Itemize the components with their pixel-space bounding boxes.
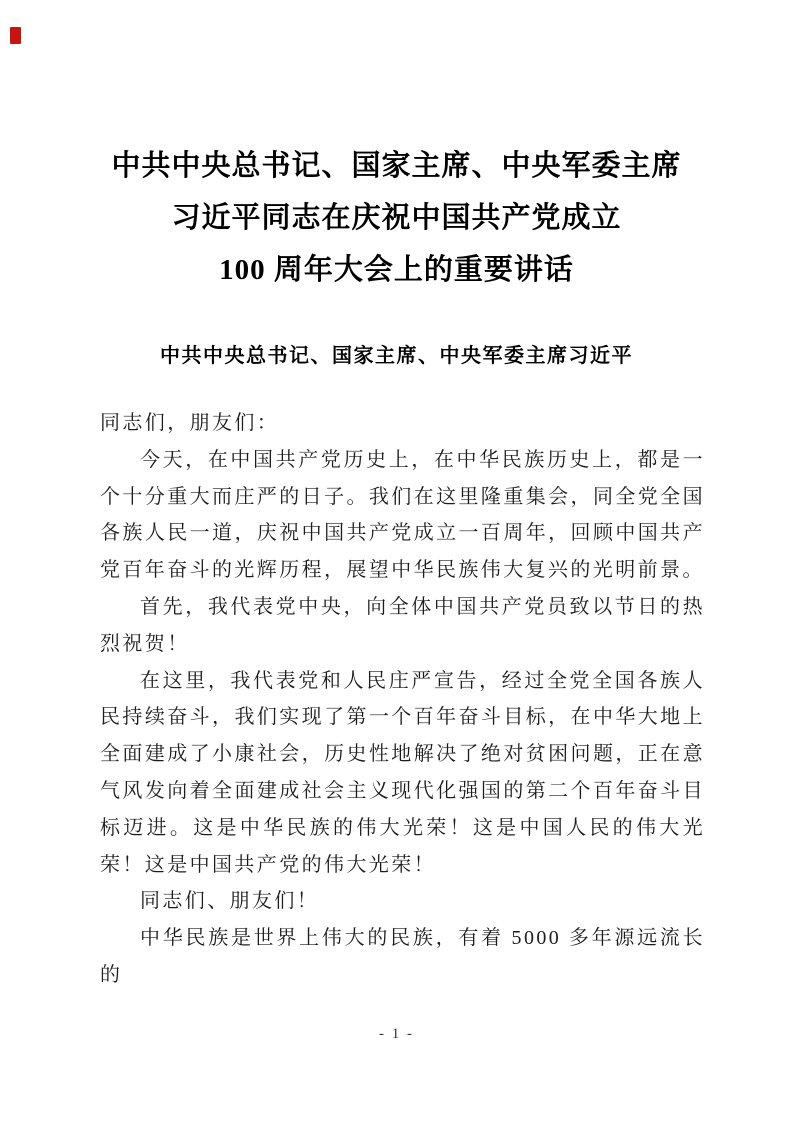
author-byline: 中共中央总书记、国家主席、中央军委主席习近平 xyxy=(0,339,793,368)
document-title: 中共中央总书记、国家主席、中央军委主席 习近平同志在庆祝中国共产党成立 100 … xyxy=(40,140,753,296)
title-line-2: 习近平同志在庆祝中国共产党成立 xyxy=(40,192,753,244)
body-paragraph: 首先，我代表党中央，向全体中国共产党员致以节日的热烈祝贺！ xyxy=(100,589,705,663)
red-corner-mark-icon xyxy=(10,27,21,44)
title-line-3: 100 周年大会上的重要讲话 xyxy=(40,244,753,296)
body-paragraph: 同志们，朋友们： xyxy=(100,405,705,442)
body-paragraph: 今天，在中国共产党历史上，在中华民族历史上，都是一个十分重大而庄严的日子。我们在… xyxy=(100,442,705,589)
body-paragraph: 在这里，我代表党和人民庄严宣告，经过全党全国各族人民持续奋斗，我们实现了第一个百… xyxy=(100,663,705,884)
title-line-1: 中共中央总书记、国家主席、中央军委主席 xyxy=(40,140,753,192)
body-paragraph: 同志们、朋友们！ xyxy=(100,883,705,920)
document-body: 同志们，朋友们： 今天，在中国共产党历史上，在中华民族历史上，都是一个十分重大而… xyxy=(100,405,705,994)
page-number: - 1 - xyxy=(0,1026,793,1043)
document-page: 中共中央总书记、国家主席、中央军委主席 习近平同志在庆祝中国共产党成立 100 … xyxy=(0,0,793,1122)
body-paragraph: 中华民族是世界上伟大的民族，有着 5000 多年源远流长的 xyxy=(100,920,705,994)
